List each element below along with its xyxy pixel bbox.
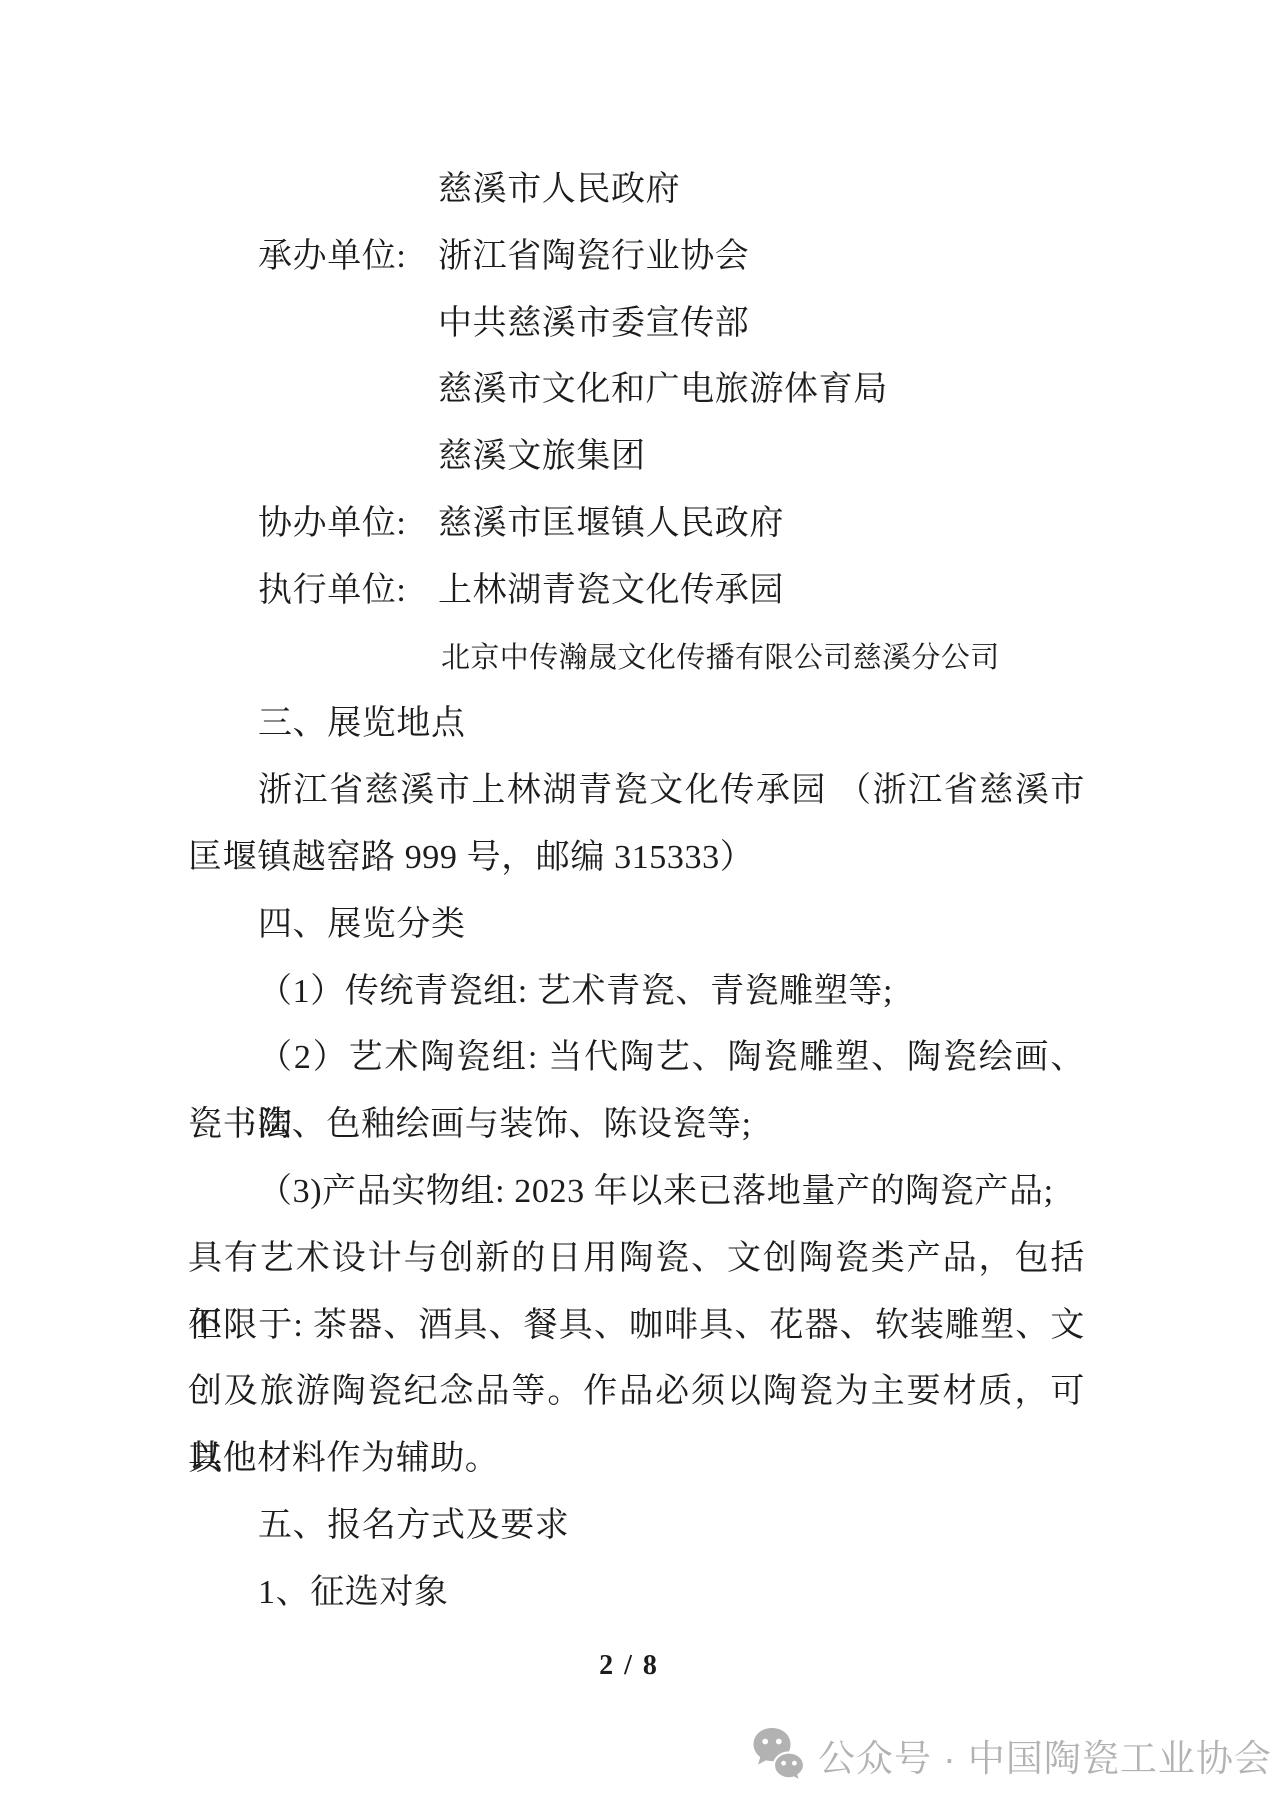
section-heading-exhibition-categories: 四、展览分类	[188, 892, 1085, 959]
category-item-3-cont: 不限于: 茶器、酒具、餐具、咖啡具、花器、软装雕塑、文	[188, 1293, 1085, 1360]
category-item-2-cont: 瓷书法、色釉绘画与装饰、陈设瓷等;	[188, 1092, 1085, 1159]
wechat-source-footer: 公众号 · 中国陶瓷工业协会	[752, 1726, 1272, 1784]
co-organizer-row: 协办单位:慈溪市匡堰镇人民政府	[188, 491, 1085, 558]
heading-text: 五、报名方式及要求	[258, 1507, 569, 1544]
category-item-3-cont: 具有艺术设计与创新的日用陶瓷、文创陶瓷类产品，包括但	[188, 1226, 1085, 1293]
org-name: 慈溪市文化和广电旅游体育局	[438, 371, 888, 408]
section-heading-registration: 五、报名方式及要求	[188, 1493, 1085, 1560]
category-item-3-cont: 其他材料作为辅助。	[188, 1426, 1085, 1493]
heading-text: 四、展览分类	[258, 906, 466, 943]
org-name: 北京中传瀚晟文化传播有限公司慈溪分公司	[441, 642, 1000, 674]
organizer-org-name: 中共慈溪市委宣传部	[188, 291, 1085, 358]
paragraph-line: 匡堰镇越窑路 999 号，邮编 315333）	[188, 825, 1085, 892]
org-name: 慈溪文旅集团	[438, 438, 646, 475]
paragraph-text: 匡堰镇越窑路 999 号，邮编 315333）	[188, 839, 754, 876]
host-org-name: 慈溪市人民政府	[188, 157, 1085, 224]
wechat-source-text: 公众号 · 中国陶瓷工业协会	[818, 1728, 1272, 1782]
wechat-icon	[752, 1726, 804, 1784]
org-name: 慈溪市匡堰镇人民政府	[438, 505, 784, 542]
document-page: 慈溪市人民政府 承办单位:浙江省陶瓷行业协会 中共慈溪市委宣传部 慈溪市文化和广…	[0, 0, 1280, 1809]
organizer-org-name: 慈溪文旅集团	[188, 424, 1085, 491]
executor-label: 执行单位:	[258, 558, 438, 625]
category-item-1: （1）传统青瓷组: 艺术青瓷、青瓷雕塑等;	[188, 959, 1085, 1026]
paragraph-text: 其他材料作为辅助。	[188, 1440, 499, 1477]
org-name: 中共慈溪市委宣传部	[438, 305, 749, 342]
subsection-heading-candidates: 1、征选对象	[188, 1560, 1085, 1627]
category-item-3-cont: 创及旅游陶瓷纪念品等。作品必须以陶瓷为主要材质，可以	[188, 1359, 1085, 1426]
heading-text: 三、展览地点	[258, 705, 466, 742]
org-name: 上林湖青瓷文化传承园	[438, 572, 784, 609]
co-organizer-label: 协办单位:	[258, 491, 438, 558]
executor-org-name-small: 北京中传瀚晟文化传播有限公司慈溪分公司	[188, 625, 1085, 692]
page-number: 2 / 8	[0, 1650, 1258, 1682]
org-name: 慈溪市人民政府	[438, 171, 680, 208]
category-item-3: （3)产品实物组: 2023 年以来已落地量产的陶瓷产品;	[188, 1159, 1085, 1226]
paragraph-text: （1）传统青瓷组: 艺术青瓷、青瓷雕塑等;	[258, 973, 893, 1010]
organizer-label: 承办单位:	[258, 224, 438, 291]
heading-text: 1、征选对象	[258, 1574, 449, 1611]
section-heading-exhibition-location: 三、展览地点	[188, 691, 1085, 758]
category-item-2: （2）艺术陶瓷组: 当代陶艺、陶瓷雕塑、陶瓷绘画、陶	[188, 1025, 1085, 1092]
paragraph-line: 浙江省慈溪市上林湖青瓷文化传承园 （浙江省慈溪市	[188, 758, 1085, 825]
organizer-org-name: 慈溪市文化和广电旅游体育局	[188, 357, 1085, 424]
org-name: 浙江省陶瓷行业协会	[438, 238, 749, 275]
paragraph-text: 不限于: 茶器、酒具、餐具、咖啡具、花器、软装雕塑、文	[188, 1307, 1085, 1344]
executor-row: 执行单位:上林湖青瓷文化传承园	[188, 558, 1085, 625]
organizer-row: 承办单位:浙江省陶瓷行业协会	[188, 224, 1085, 291]
document-body: 慈溪市人民政府 承办单位:浙江省陶瓷行业协会 中共慈溪市委宣传部 慈溪市文化和广…	[188, 157, 1085, 1627]
paragraph-text: （3)产品实物组: 2023 年以来已落地量产的陶瓷产品;	[258, 1173, 1054, 1210]
paragraph-text: 浙江省慈溪市上林湖青瓷文化传承园 （浙江省慈溪市	[258, 772, 1085, 809]
paragraph-text: 瓷书法、色釉绘画与装饰、陈设瓷等;	[188, 1106, 752, 1143]
